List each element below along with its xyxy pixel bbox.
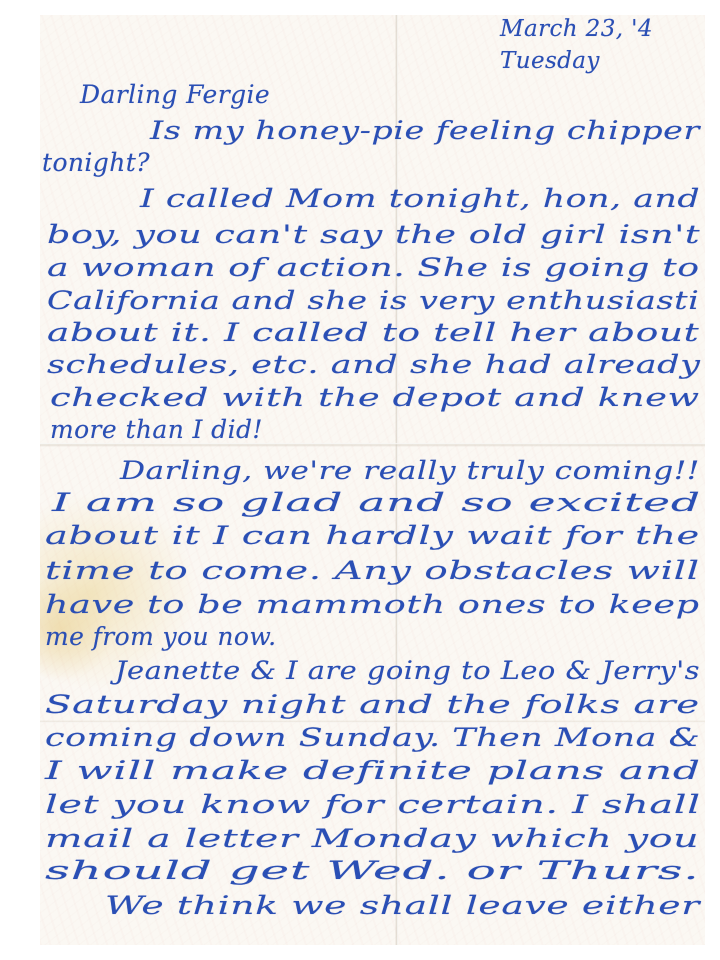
letter-line: more than I did! [50, 417, 263, 442]
letter-line: about it. I called to tell her about [47, 320, 699, 345]
letter-line: tonight? [42, 150, 150, 175]
letter-line: checked with the depot and knew [50, 385, 700, 410]
letter-line: I am so glad and so excited [52, 490, 701, 515]
letter-line: mail a letter Monday which you [45, 826, 699, 851]
letter-date: March 23, '4 [500, 18, 653, 41]
letter-line: Darling, we're really truly coming!! [120, 458, 700, 483]
letter-line: I will make definite plans and [45, 758, 701, 783]
letter-line: California and she is very enthusiasti [47, 288, 699, 313]
letter-line: I called Mom tonight, hon, and [140, 186, 700, 211]
letter-line: should get Wed. or Thurs. [45, 858, 699, 883]
letter-line: We think we shall leave either [105, 893, 700, 918]
letter-line: me from you now. [45, 624, 277, 649]
letter-line: time to come. Any obstacles will [45, 558, 700, 583]
letter-line: Saturday night and the folks are [45, 692, 700, 717]
letter-line: let you know for certain. I shall [45, 792, 701, 817]
letter-line: Jeanette & I are going to Leo & Jerry's [115, 658, 700, 683]
letter-line: about it I can hardly wait for the [45, 523, 700, 548]
letter-line: Is my honey-pie feeling chipper [150, 118, 700, 143]
letter-line: boy, you can't say the old girl isn't [47, 222, 700, 247]
letter-salutation: Darling Fergie [80, 82, 270, 107]
letter-line: a woman of action. She is going to [47, 255, 700, 280]
letter-weekday: Tuesday [500, 50, 600, 73]
letter-line: have to be mammoth ones to keep [45, 592, 700, 617]
letter-line: coming down Sunday. Then Mona & [45, 725, 700, 750]
letter-line: schedules, etc. and she had already [47, 352, 700, 377]
